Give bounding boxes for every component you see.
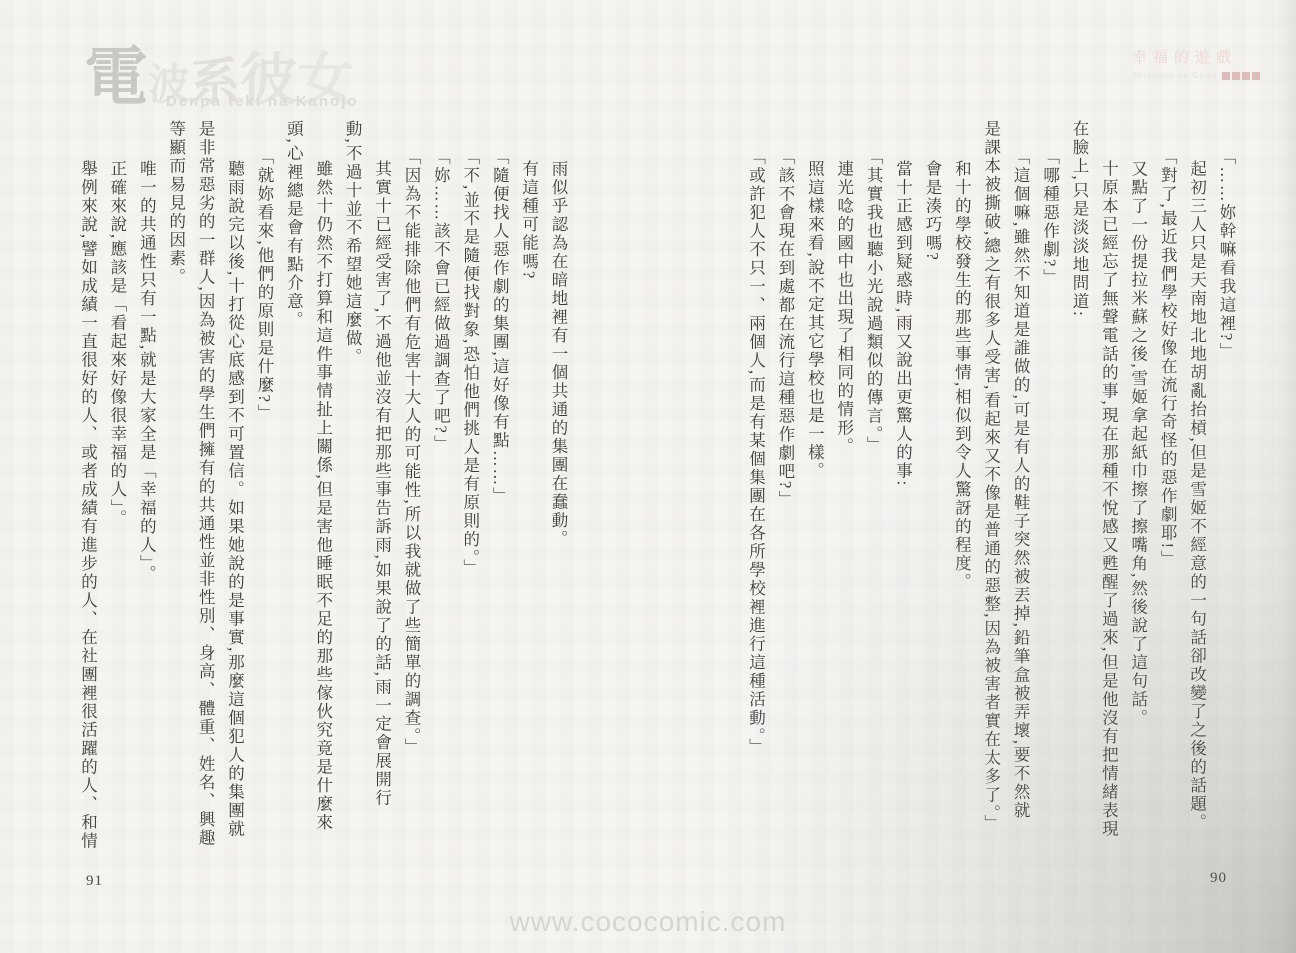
text-line: 「這個嘛,雖然不知道是誰做的,可是有人的鞋子突然被丟掉,鉛筆盒被弄壞,要不然就 <box>1006 120 1035 886</box>
pink-block-icon <box>1242 72 1250 80</box>
text-line: 雨似乎認為在暗地裡有一個共通的集團在蠢動。 <box>544 120 573 886</box>
text-line: 「……妳幹嘛看我這裡?」 <box>1212 120 1241 886</box>
text-line: 有這種可能嗎? <box>514 120 543 886</box>
text-line: 會是湊巧嗎? <box>918 120 947 886</box>
chapter-header: 幸福的遊戲 Shiawase no Game <box>1132 46 1272 80</box>
text-line: 「哪種惡作劇?」 <box>1035 120 1064 886</box>
pink-blocks-icon <box>1222 72 1260 80</box>
text-line: 動,不過十並不希望她這麼做。 <box>338 120 367 886</box>
text-line: 照這樣來看,說不定其它學校也是一樣。 <box>800 120 829 886</box>
text-line: 又點了一份提拉米蘇之後,雪姬拿起紙巾擦了擦嘴角,然後說了這句話。 <box>1123 120 1152 886</box>
text-line: 「就妳看來,他們的原則是什麼?」 <box>250 120 279 886</box>
pink-block-icon <box>1232 72 1240 80</box>
right-edge-shadow <box>1268 0 1296 953</box>
watermark: www.cococomic.com <box>510 906 787 938</box>
pink-block-icon <box>1222 72 1230 80</box>
text-line: 「妳……該不會已經做過調查了吧?」 <box>426 120 455 886</box>
book-scan-spread: { "header": { "logo_chars": ["電", "波", "… <box>0 0 1296 953</box>
page-91-text: 雨似乎認為在暗地裡有一個共通的集團在蠢動。有這種可能嗎?「隨便找人惡作劇的集團,… <box>73 120 573 886</box>
page-number-90: 90 <box>1210 870 1227 887</box>
text-line: 是非常惡劣的一群人,因為被害的學生們擁有的共通性並非性別、身高、體重、姓名、興趣 <box>191 120 220 886</box>
chapter-romaji: Shiawase no Game <box>1132 71 1218 80</box>
text-line: 「隨便找人惡作劇的集團,這好像有點……」 <box>485 120 514 886</box>
text-line: 「不,並不是隨便找對象,恐怕他們挑人是有原則的。」 <box>455 120 484 886</box>
logo-char: 電 <box>84 41 148 113</box>
text-line: 起初三人只是天南地北地胡亂抬槓,但是雪姬不經意的一句話卻改變了之後的話題。 <box>1182 120 1211 886</box>
series-logo-romaji: Denpa teki na Kanojo <box>166 93 359 110</box>
text-line: 「其實我也聽小光說過類似的傳言。」 <box>859 120 888 886</box>
pink-block-icon <box>1252 72 1260 80</box>
text-line: 唯一的共通性只有一點,就是大家全是「幸福的人」。 <box>132 120 161 886</box>
text-line: 等顯而易見的因素。 <box>161 120 190 886</box>
text-line: 在臉上,只是淡淡地問道: <box>1065 120 1094 886</box>
text-line: 「該不會現在到處都在流行這種惡作劇吧?」 <box>771 120 800 886</box>
text-line: 是課本被撕破,總之有很多人受害,看起來又不像是普通的惡整,因為被害者實在太多了。… <box>976 120 1005 886</box>
text-line: 舉例來說,譬如成績一直很好的人、或者成績有進步的人、在社團裡很活躍的人、和情 <box>73 120 102 886</box>
text-line: 雖然十仍然不打算和這件事情扯上關係,但是害他睡眠不足的那些傢伙究竟是什麼來 <box>308 120 337 886</box>
text-line: 連光唸的國中也出現了相同的情形。 <box>829 120 858 886</box>
page-number-91: 91 <box>86 873 103 890</box>
chapter-subrow: Shiawase no Game <box>1132 71 1272 80</box>
text-line: 當十正感到疑惑時,雨又說出更驚人的事: <box>888 120 917 886</box>
text-line: 聽雨說完以後,十打從心底感到不可置信。如果她說的是事實,那麼這個犯人的集團就 <box>220 120 249 886</box>
text-line: 「因為不能排除他們有危害十大人的可能性,所以我就做了些簡單的調查。」 <box>397 120 426 886</box>
text-line: 正確來說,應該是「看起來好像很幸福的人」。 <box>103 120 132 886</box>
text-line: 十原本已經忘了無聲電話的事,現在那種不悅感又甦醒了過來,但是他沒有把情緒表現 <box>1094 120 1123 886</box>
chapter-title: 幸福的遊戲 <box>1132 46 1272 67</box>
text-line: 「對了,最近我們學校好像在流行奇怪的惡作劇耶!」 <box>1153 120 1182 886</box>
text-line: 和十的學校發生的那些事情,相似到令人驚訝的程度。 <box>947 120 976 886</box>
text-line: 其實十已經受害了,不過他並沒有把那些事告訴雨,如果說了的話,雨一定會展開行 <box>367 120 396 886</box>
text-line: 頭,心裡總是會有點介意。 <box>279 120 308 886</box>
page-90-text: 「……妳幹嘛看我這裡?」起初三人只是天南地北地胡亂抬槓,但是雪姬不經意的一句話卻… <box>741 120 1241 886</box>
text-line: 「或許犯人不只一、兩個人,而是有某個集團在各所學校裡進行這種活動。」 <box>741 120 770 886</box>
